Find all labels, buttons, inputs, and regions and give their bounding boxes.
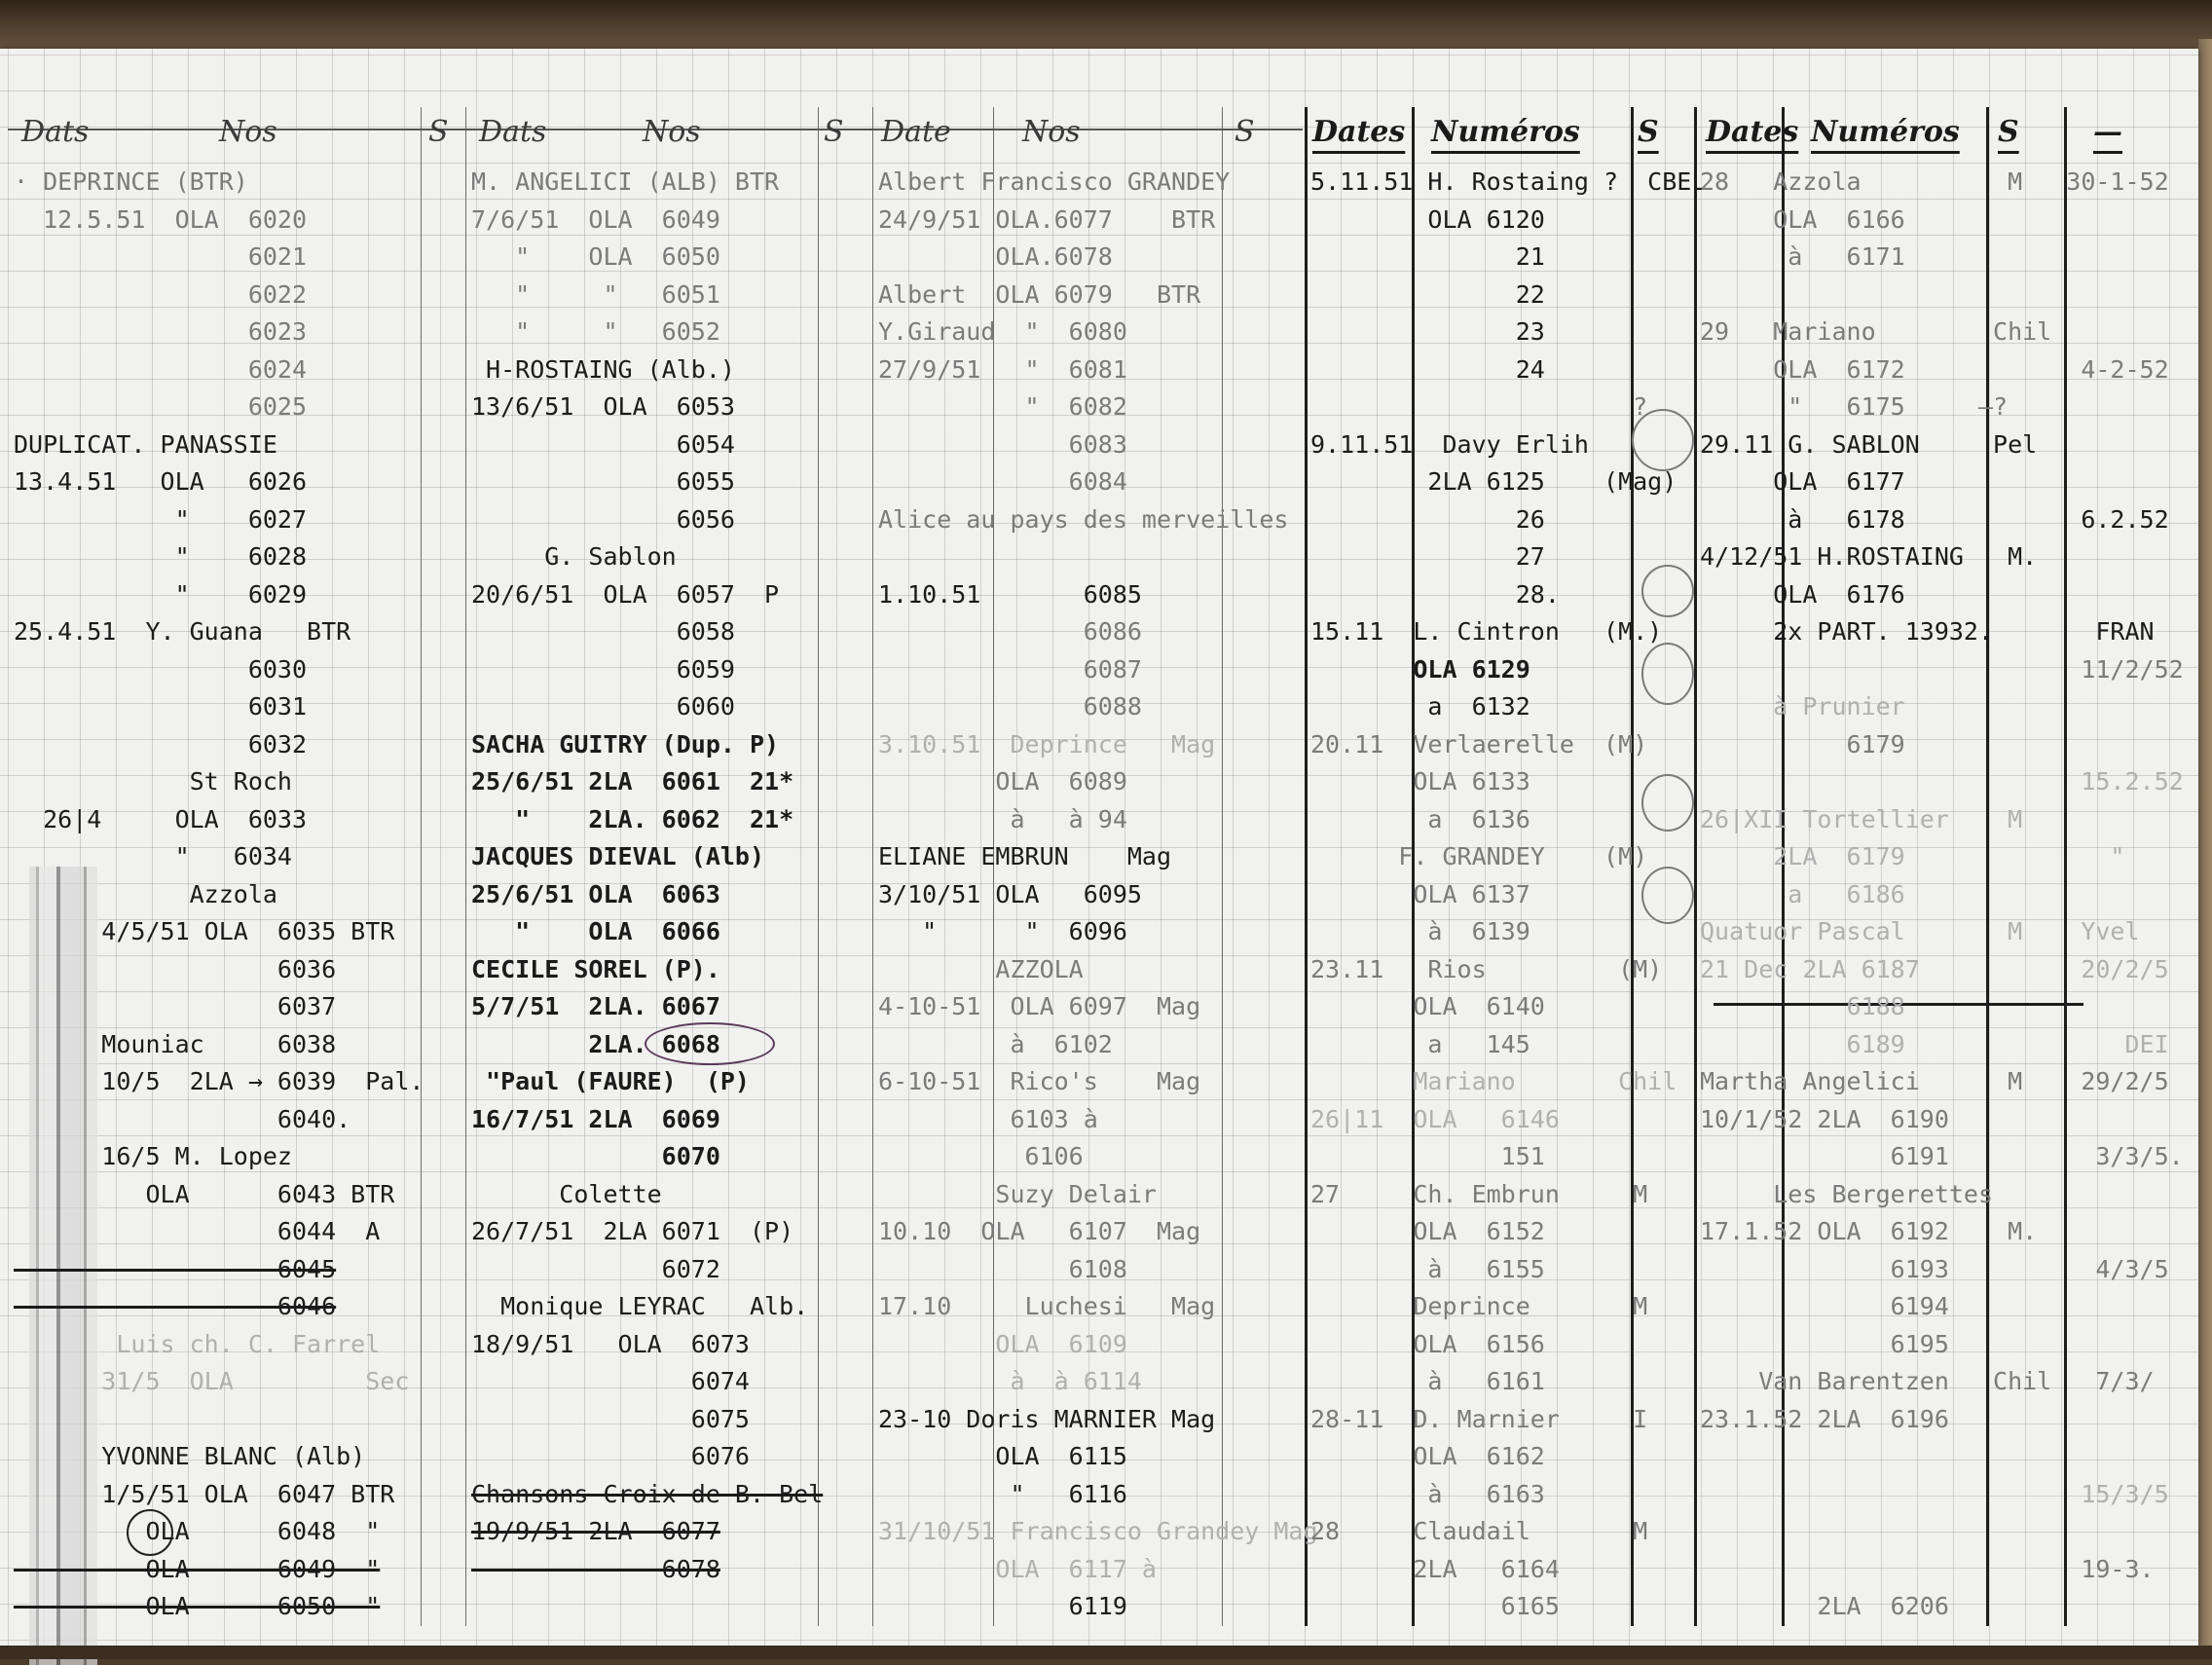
ledger-entry-line: 4/5/51 OLA 6035 BTR	[14, 913, 471, 951]
ledger-entry-line: OLA 6162	[1310, 1438, 1690, 1476]
ledger-entry-line: 6194	[1700, 1288, 2192, 1326]
header-number: Nos	[1022, 115, 1081, 149]
ledger-entry-line: 6189 DEI	[1700, 1026, 2192, 1064]
ledger-entry-line: à à 94	[878, 801, 1307, 839]
ledger-entry-line: 6046	[14, 1288, 471, 1326]
ledger-entry-line: OLA 6109	[878, 1326, 1307, 1364]
ledger-entry-line: 3/10/51 OLA 6095	[878, 876, 1307, 914]
ledger-entry-line: 21 Dec 2LA 6187 20/2/5	[1700, 951, 2192, 989]
header-date: Dates	[1312, 115, 1405, 149]
ledger-entry-line: Van Barentzen Chil 7/3/	[1700, 1363, 2192, 1401]
ledger-entry-line: 6084	[878, 463, 1307, 501]
ledger-entry-line: SACHA GUITRY (Dup. P)	[471, 726, 890, 764]
ledger-entry-line: 26|11 OLA 6146	[1310, 1101, 1690, 1139]
ledger-entry-line: OLA 6152	[1310, 1213, 1690, 1251]
ledger-entry-line: OLA.6078	[878, 239, 1307, 277]
ledger-entry-line: 2LA 6164	[1310, 1551, 1690, 1589]
ledger-entry-line: 6087	[878, 651, 1307, 689]
ledger-entry-line: 13.4.51 OLA 6026	[14, 463, 471, 501]
ledger-entry-line: F. GRANDEY (M)	[1310, 838, 1690, 876]
ledger-entry-line: 6021	[14, 239, 471, 277]
ledger-entry-line: JACQUES DIEVAL (Alb)	[471, 838, 890, 876]
ledger-entry-line: 23.11 Rios (M)	[1310, 951, 1690, 989]
ledger-entry-line: 6055	[471, 463, 890, 501]
ledger-entry-line: " 6175 —?	[1700, 388, 2192, 426]
ledger-entry-line: Y.Giraud " 6080	[878, 314, 1307, 351]
ledger-entry-line: 6076	[471, 1438, 890, 1476]
ledger-entry-line: 16/5 M. Lopez	[14, 1138, 471, 1176]
header-label: S	[1638, 115, 1659, 149]
ledger-entry-line: 6032	[14, 726, 471, 764]
ledger-entry-line	[1700, 1438, 2192, 1476]
ledger-entry-line: ?	[1310, 388, 1690, 426]
ledger-entry-line: H-ROSTAING (Alb.)	[471, 351, 890, 389]
ledger-entry-line: 4-10-51 OLA 6097 Mag	[878, 988, 1307, 1026]
ledger-column-5: 28 Azzola M 30-1-52 OLA 6166 à 617129 Ma…	[1700, 164, 2192, 1626]
header-extra: —	[2093, 115, 2122, 149]
ledger-entry-line: " 6034	[14, 838, 471, 876]
circled-name-faure	[645, 1022, 775, 1065]
ledger-entry-line: G. Sablon	[471, 538, 890, 576]
ledger-entry-line: 1.10.51 6085	[878, 576, 1307, 614]
ledger-entry-line: " " 6096	[878, 913, 1307, 951]
ledger-entry-line: 6059	[471, 651, 890, 689]
ledger-entry-line: 6060	[471, 688, 890, 726]
ledger-entry-line: OLA 6133	[1310, 763, 1690, 801]
header-label: S	[1998, 115, 2019, 149]
ledger-entry-line: 17.10 Luchesi Mag	[878, 1288, 1307, 1326]
ledger-entry-line: 2x PART. 13932. FRAN	[1700, 613, 2192, 651]
ledger-entry-line: 6106	[878, 1138, 1307, 1176]
ledger-entry-line: Chansons Croix de B.-Bel	[471, 1476, 890, 1514]
ledger-entry-line: a 145	[1310, 1026, 1690, 1064]
wooden-table-edge-right	[2198, 39, 2212, 1659]
ledger-entry-line: 6179	[1700, 726, 2192, 764]
ledger-entry-line: a 6136	[1310, 801, 1690, 839]
ledger-entry-line: OLA 6089	[878, 763, 1307, 801]
ledger-entry-line: OLA 6048 "	[14, 1513, 471, 1551]
ledger-entry-line: 11/2/52	[1700, 651, 2192, 689]
ledger-entry-line: 31/10/51 Francisco Grandey Mag	[878, 1513, 1307, 1551]
ledger-entry-line: Colette	[471, 1176, 890, 1214]
ledger-entry-line: 28.	[1310, 576, 1690, 614]
ledger-entry-line: 10.10 OLA 6107 Mag	[878, 1213, 1307, 1251]
ledger-entry-line: OLA 6043 BTR	[14, 1176, 471, 1214]
ledger-entry-line: à 6171	[1700, 239, 2192, 277]
ledger-entry-line: 6025	[14, 388, 471, 426]
ledger-entry-line: 10/5 2LA → 6039 Pal.	[14, 1063, 471, 1101]
ledger-entry-line: 17.1.52 OLA 6192 M.	[1700, 1213, 2192, 1251]
ledger-entry-line: OLA 6166	[1700, 202, 2192, 240]
ledger-entry-line: OLA 6177	[1700, 463, 2192, 501]
ledger-entry-line: à 6178 6.2.52	[1700, 501, 2192, 539]
ledger-entry-line: 19/9/51 2LA 6077	[471, 1513, 890, 1551]
ledger-entry-line: OLA 6140	[1310, 988, 1690, 1026]
ledger-entry-line: " 6028	[14, 538, 471, 576]
ledger-entry-line: à 6163	[1310, 1476, 1690, 1514]
ledger-entry-line: " 6116	[878, 1476, 1307, 1514]
ledger-entry-line: OLA 6129	[1310, 651, 1690, 689]
ledger-entry-line: 18/9/51 OLA 6073	[471, 1326, 890, 1364]
ledger-entry-line: 6108	[878, 1251, 1307, 1289]
circled-mark-m	[1641, 565, 1694, 617]
ledger-entry-line: 25/6/51 2LA 6061 21*	[471, 763, 890, 801]
ledger-entry-line: OLA 6156	[1310, 1326, 1690, 1364]
ledger-entry-line: 28 Claudail M	[1310, 1513, 1690, 1551]
ledger-entry-line: Albert OLA 6079 BTR	[878, 277, 1307, 314]
ledger-entry-line: 4/12/51 H.ROSTAING M.	[1700, 538, 2192, 576]
ledger-entry-line: 10/1/52 2LA 6190	[1700, 1101, 2192, 1139]
ledger-entry-line: 26/7/51 2LA 6071 (P)	[471, 1213, 890, 1251]
ledger-entry-line: à 6155	[1310, 1251, 1690, 1289]
ledger-entry-line: 5/7/51 2LA. 6067	[471, 988, 890, 1026]
header-number: Nos	[643, 115, 701, 149]
ledger-entry-line: 26|4 OLA 6033	[14, 801, 471, 839]
ledger-entry-line: 2LA 6125 (Mag)	[1310, 463, 1690, 501]
ledger-entry-line: 6188	[1700, 988, 2192, 1026]
ledger-entry-line: 25.4.51 Y. Guana BTR	[14, 613, 471, 651]
circled-mark-m	[1641, 867, 1694, 924]
ledger-entry-line: OLA 6049 "	[14, 1551, 471, 1589]
ledger-entry-line: CECILE SOREL (P).	[471, 951, 890, 989]
ledger-entry-line: 15/3/5	[1700, 1476, 2192, 1514]
ledger-entry-line: a 6132	[1310, 688, 1690, 726]
ledger-page: Dats Nos S Dats Nos S Date Nos S Dates N…	[0, 49, 2198, 1646]
ledger-entry-line: Monique LEYRAC Alb.	[471, 1288, 890, 1326]
ledger-entry-line: 27/9/51 " 6081	[878, 351, 1307, 389]
header-date: Date	[881, 115, 951, 149]
ledger-entry-line: à à 6114	[878, 1363, 1307, 1401]
wooden-table-edge-bottom	[0, 1646, 2212, 1659]
ledger-entry-line: à 6161	[1310, 1363, 1690, 1401]
ledger-entry-line: 6088	[878, 688, 1307, 726]
ledger-entry-line: 6058	[471, 613, 890, 651]
ledger-entry-line: 6165	[1310, 1588, 1690, 1626]
ledger-column-1: · DEPRINCE (BTR) 12.5.51 OLA 6020 6021 6…	[14, 164, 471, 1626]
ledger-entry-line: Mariano Chil	[1310, 1063, 1690, 1101]
ledger-entry-line: 6119	[878, 1588, 1307, 1626]
ledger-entry-line: 2LA 6206	[1700, 1588, 2192, 1626]
ledger-entry-line: 5.11.51 H. Rostaing ? CBEL	[1310, 164, 1690, 202]
ledger-entry-line: ELIANE EMBRUN Mag	[878, 838, 1307, 876]
ledger-entry-line: 27 Ch. Embrun M	[1310, 1176, 1690, 1214]
ledger-entry-line: 6103 à	[878, 1101, 1307, 1139]
ledger-entry-line: Les Bergerettes	[1700, 1176, 2192, 1214]
ledger-column-4: 5.11.51 H. Rostaing ? CBEL OLA 6120 21 2…	[1310, 164, 1690, 1626]
ledger-entry-line: Quatuor Pascal M Yvel	[1700, 913, 2192, 951]
ledger-entry-line: OLA 6120	[1310, 202, 1690, 240]
ledger-entry-line: 23	[1310, 314, 1690, 351]
ledger-entry-line: Deprince M	[1310, 1288, 1690, 1326]
column-rule-heavy	[1694, 107, 1697, 1626]
wooden-table-edge-top	[0, 0, 2212, 51]
circled-mark-m	[1641, 643, 1694, 705]
ledger-entry-line: à 6139	[1310, 913, 1690, 951]
ledger-entry-line: " 6029	[14, 576, 471, 614]
ledger-entry-line: " OLA 6066	[471, 913, 890, 951]
ledger-entry-line: 6023	[14, 314, 471, 351]
ledger-entry-line	[14, 1401, 471, 1439]
ledger-entry-line: 6083	[878, 426, 1307, 464]
ledger-entry-line: 28 Azzola M 30-1-52	[1700, 164, 2192, 202]
ledger-entry-line: "Paul (FAURE) (P)	[471, 1063, 890, 1101]
ledger-entry-line: DUPLICAT. PANASSIE	[14, 426, 471, 464]
header-label: S	[428, 115, 449, 149]
ledger-entry-line: 6030	[14, 651, 471, 689]
ledger-entry-line: 23-10 Doris MARNIER Mag	[878, 1401, 1307, 1439]
header-date: Dates	[1706, 115, 1798, 149]
ledger-entry-line: OLA 6050 "	[14, 1588, 471, 1626]
ledger-column-3: Albert Francisco GRANDEY24/9/51 OLA.6077…	[878, 164, 1307, 1626]
header-label: S	[1235, 115, 1255, 149]
ledger-entry-line: 12.5.51 OLA 6020	[14, 202, 471, 240]
ledger-entry-line: 23.1.52 2LA 6196	[1700, 1401, 2192, 1439]
ledger-entry-line	[878, 538, 1307, 576]
ledger-entry-line: " " 6051	[471, 277, 890, 314]
ledger-entry-line: M. ANGELICI (ALB) BTR	[471, 164, 890, 202]
ledger-entry-line: 2LA 6179 "	[1700, 838, 2192, 876]
ledger-entry-line: 20.11 Verlaerelle (M)	[1310, 726, 1690, 764]
ledger-entry-line: Mouniac 6038	[14, 1026, 471, 1064]
ledger-entry-line: 15.11 L. Cintron (M.)	[1310, 613, 1690, 651]
ledger-entry-line: 26	[1310, 501, 1690, 539]
ledger-entry-line: AZZOLA	[878, 951, 1307, 989]
ledger-entry-line: 6074	[471, 1363, 890, 1401]
ledger-entry-line: 28-11 D. Marnier I	[1310, 1401, 1690, 1439]
ledger-entry-line: 29.11 G. SABLON Pel	[1700, 426, 2192, 464]
ledger-entry-line: à 6102	[878, 1026, 1307, 1064]
ledger-column-2: M. ANGELICI (ALB) BTR7/6/51 OLA 6049 " O…	[471, 164, 890, 1588]
ledger-entry-line: Albert Francisco GRANDEY	[878, 164, 1307, 202]
ledger-entry-line: " " 6052	[471, 314, 890, 351]
ledger-entry-line: 15.2.52	[1700, 763, 2192, 801]
ledger-entry-line: 6054	[471, 426, 890, 464]
ledger-entry-line: 22	[1310, 277, 1690, 314]
ledger-entry-line: Suzy Delair	[878, 1176, 1307, 1214]
ledger-entry-line: 20/6/51 OLA 6057 P	[471, 576, 890, 614]
ledger-entry-line: 31/5 OLA Sec	[14, 1363, 471, 1401]
ledger-entry-line: à Prunier	[1700, 688, 2192, 726]
ledger-entry-line: 6045	[14, 1251, 471, 1289]
ledger-entry-line: 6-10-51 Rico's Mag	[878, 1063, 1307, 1101]
ledger-entry-line: " 6027	[14, 501, 471, 539]
ledger-entry-line	[1700, 1513, 2192, 1551]
ledger-entry-line: 16/7/51 2LA 6069	[471, 1101, 890, 1139]
header-date: Dats	[21, 115, 89, 149]
ledger-entry-line: 3.10.51 Deprince Mag	[878, 726, 1307, 764]
ledger-entry-line: · DEPRINCE (BTR)	[14, 164, 471, 202]
ledger-entry-line: 151	[1310, 1138, 1690, 1176]
header-date: Dats	[479, 115, 546, 149]
ledger-entry-line: 13/6/51 OLA 6053	[471, 388, 890, 426]
ledger-entry-line: YVONNE BLANC (Alb)	[14, 1438, 471, 1476]
ledger-entry-line: 6024	[14, 351, 471, 389]
ledger-entry-line: 27	[1310, 538, 1690, 576]
ledger-entry-line: Alice au pays des merveilles	[878, 501, 1307, 539]
ledger-entry-line: OLA 6172 4-2-52	[1700, 351, 2192, 389]
header-number: Nos	[219, 115, 277, 149]
ledger-entry-line: 26|XII Tortellier M	[1700, 801, 2192, 839]
ledger-entry-line: " OLA 6050	[471, 239, 890, 277]
ledger-entry-line: Azzola	[14, 876, 471, 914]
ledger-entry-line: St Roch	[14, 763, 471, 801]
ledger-entry-line: a 6186	[1700, 876, 2192, 914]
ledger-entry-line: 24	[1310, 351, 1690, 389]
ledger-entry-line: 6040.	[14, 1101, 471, 1139]
ledger-entry-line: 25/6/51 OLA 6063	[471, 876, 890, 914]
ledger-entry-line: 1/5/51 OLA 6047 BTR	[14, 1476, 471, 1514]
ledger-entry-line: 6193 4/3/5	[1700, 1251, 2192, 1289]
ledger-entry-line: OLA 6137	[1310, 876, 1690, 914]
ledger-entry-line: 6195	[1700, 1326, 2192, 1364]
ledger-entry-line: 6056	[471, 501, 890, 539]
circled-number-6	[127, 1509, 173, 1556]
ledger-entry-line: Luis ch. C. Farrel	[14, 1326, 471, 1364]
header-label: S	[824, 115, 844, 149]
ledger-entry-line: 6031	[14, 688, 471, 726]
ledger-entry-line: 29 Mariano Chil	[1700, 314, 2192, 351]
ledger-entry-line: 6044 A	[14, 1213, 471, 1251]
ledger-entry-line: 6070	[471, 1138, 890, 1176]
ledger-entry-line	[1700, 277, 2192, 314]
header-number: Numéros	[1431, 115, 1580, 149]
ledger-entry-line: 21	[1310, 239, 1690, 277]
ledger-entry-line: 6191 3/3/5.	[1700, 1138, 2192, 1176]
ledger-entry-line: 7/6/51 OLA 6049	[471, 202, 890, 240]
ledger-entry-line: 6075	[471, 1401, 890, 1439]
ledger-entry-line: 6078	[471, 1551, 890, 1589]
header-number: Numéros	[1811, 115, 1960, 149]
ledger-entry-line: 6022	[14, 277, 471, 314]
ledger-entry-line: OLA 6176	[1700, 576, 2192, 614]
ledger-entry-line: 6072	[471, 1251, 890, 1289]
ledger-entry-line: " 6082	[878, 388, 1307, 426]
circled-mark-m	[1641, 774, 1694, 832]
ledger-entry-line: OLA 6115	[878, 1438, 1307, 1476]
ledger-entry-line: 24/9/51 OLA.6077 BTR	[878, 202, 1307, 240]
ledger-entry-line: Martha Angelici M 29/2/5	[1700, 1063, 2192, 1101]
ledger-entry-line: 19-3.	[1700, 1551, 2192, 1589]
circled-mark-mag	[1632, 409, 1694, 471]
ledger-entry-line: 6036	[14, 951, 471, 989]
ledger-entry-line: 6037	[14, 988, 471, 1026]
ledger-entry-line: OLA 6117 à	[878, 1551, 1307, 1589]
ledger-entry-line: 6086	[878, 613, 1307, 651]
ledger-entry-line: " 2LA. 6062 21*	[471, 801, 890, 839]
